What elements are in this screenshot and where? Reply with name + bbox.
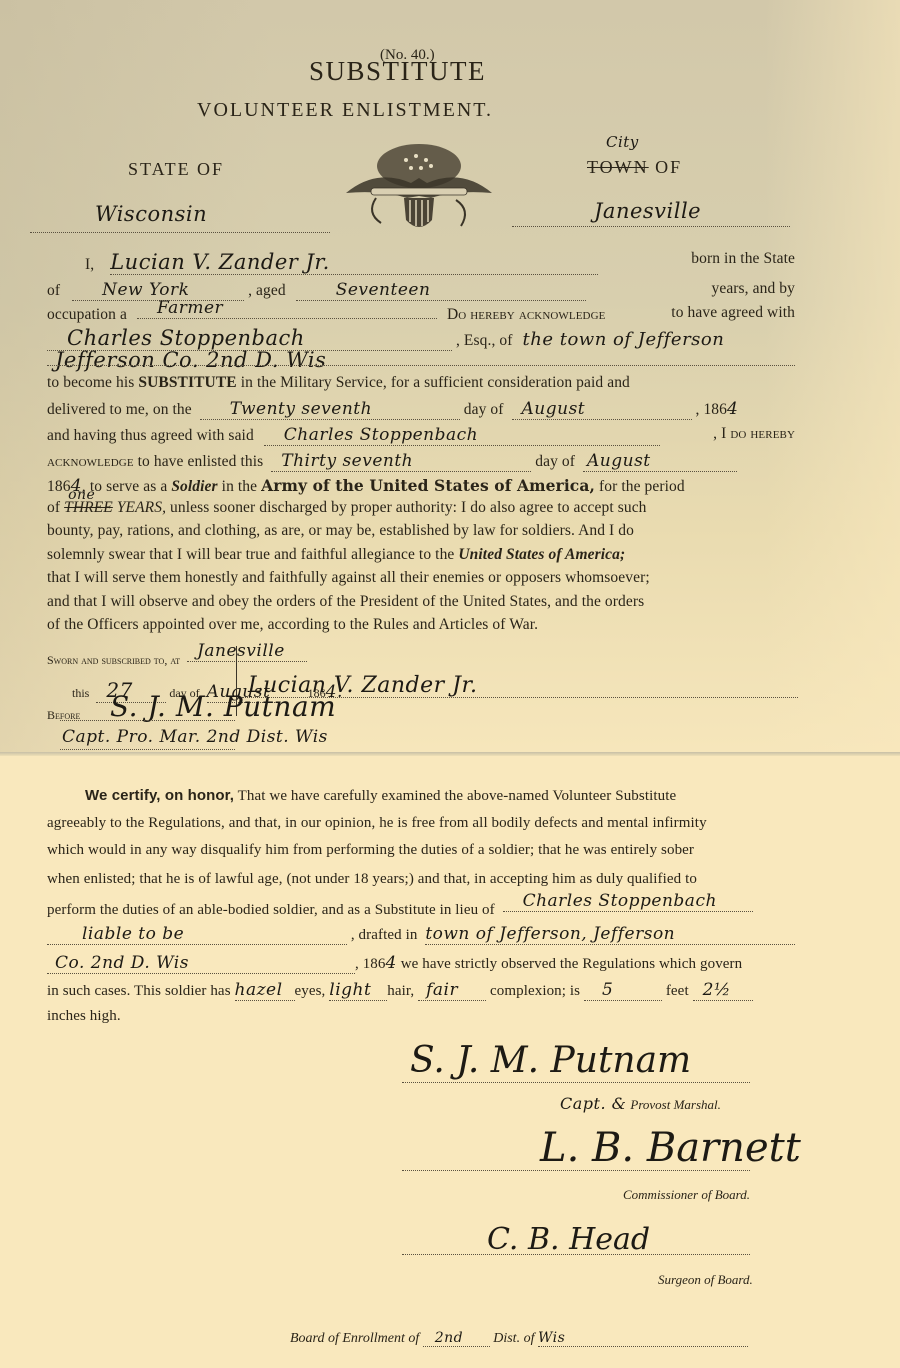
enlistment-line-3: occupation a Farmer Do hereby acknowledg…	[47, 304, 795, 325]
provost-signature-line	[402, 1082, 750, 1083]
delivered-month-field: August	[512, 399, 692, 420]
complexion-field: fair	[418, 980, 486, 1001]
certify-line-4: when enlisted; that he is of lawful age,…	[47, 871, 795, 888]
delivered-label: delivered to me, on the	[47, 401, 192, 418]
feet-field: 5	[584, 980, 662, 1001]
bounty-line: bounty, pay, rations, and clothing, as a…	[47, 522, 795, 540]
acknowledge-label: Do hereby acknowledge	[447, 306, 606, 323]
sworn-line: Sworn and subscribed to, at Janesville	[47, 649, 307, 670]
sworn-place-field: Janesville	[187, 641, 307, 662]
document-title: SUBSTITUTE	[309, 56, 486, 87]
provost-role-block: Capt. & Provost Marshal.	[560, 1094, 721, 1114]
usa-bold: United States of America;	[458, 546, 625, 563]
board-footer: Board of Enrollment of 2nd Dist. of Wis	[290, 1330, 748, 1347]
certify-bold: We certify, on honor,	[85, 787, 234, 804]
substitute-bold: SUBSTITUTE	[138, 374, 236, 391]
drafted-label: , drafted in	[351, 927, 418, 943]
substitute-line: to become his SUBSTITUTE in the Military…	[47, 374, 795, 392]
certify-line1-text: That we have carefully examined the abov…	[238, 788, 677, 804]
delivered-line: delivered to me, on the Twenty seventh d…	[47, 399, 795, 420]
serve-in-the: in the	[222, 478, 257, 495]
town-of-label: TOWN OF	[587, 157, 682, 178]
enlisted-label: to have enlisted this	[138, 453, 264, 470]
regulations-line: Co. 2nd D. Wis, 1864 we have strictly ob…	[47, 953, 795, 974]
this-label: this	[72, 686, 89, 700]
officer-title-line	[60, 749, 235, 750]
principal-residence-line-2: Jefferson Co. 2nd D. Wis	[55, 348, 326, 372]
footer-state-field: Wis	[538, 1330, 748, 1347]
town-of-suffix: OF	[655, 157, 682, 177]
document-subtitle: VOLUNTEER ENLISTMENT.	[197, 99, 493, 122]
commissioner-signature: L. B. Barnett	[540, 1125, 801, 1171]
soldier-bold: Soldier	[171, 478, 217, 495]
agreed-with-label: to have agreed with	[671, 304, 795, 322]
officer-title: Capt. Pro. Mar. 2nd Dist. Wis	[62, 727, 328, 747]
description-line: in such cases. This soldier has hazeleye…	[47, 980, 795, 1001]
town-label-struck: TOWN	[587, 157, 649, 177]
state-fill-line	[30, 232, 330, 233]
swear-line: solemnly swear that I will bear true and…	[47, 546, 795, 564]
delivered-day-field: Twenty seventh	[200, 399, 460, 420]
agreed-line: and having thus agreed with said Charles…	[47, 425, 795, 446]
soldier-has-label: in such cases. This soldier has	[47, 983, 231, 999]
feet-label: feet	[666, 983, 689, 999]
residence-fill-line	[47, 365, 795, 366]
period-correction: one	[68, 487, 95, 503]
town-correction-handwritten: City	[606, 133, 639, 151]
swear-pre: solemnly swear that I will bear true and…	[47, 546, 454, 563]
lieu-of-name-field: Charles Stoppenbach	[503, 891, 753, 912]
period-post: unless sooner discharged by proper autho…	[170, 499, 646, 516]
surgeon-signature-line	[402, 1254, 750, 1255]
serve-post: for the period	[599, 478, 685, 495]
period-line: of THREE one YEARS, unless sooner discha…	[47, 499, 795, 517]
drafted-place-2-field: Co. 2nd D. Wis	[47, 953, 355, 974]
page-fold-divider	[0, 752, 900, 756]
complexion-label: complexion; is	[490, 983, 580, 999]
provost-signature: S. J. M. Putnam	[410, 1040, 691, 1081]
inches-high-label: inches high.	[47, 1008, 795, 1025]
of-label: of	[47, 282, 60, 299]
occupation-field: Farmer	[137, 298, 437, 319]
state-of-label: STATE OF	[128, 159, 224, 180]
regulations-post: we have strictly observed the Regulation…	[401, 956, 743, 972]
serve-line: 1864, to serve as a Soldier in the Army …	[47, 476, 795, 496]
sworn-label: Sworn and subscribed to, at	[47, 653, 180, 667]
enlisted-day-field: Thirty seventh	[271, 451, 531, 472]
occupation-label: occupation a	[47, 306, 127, 323]
recruit-name-field: Lucian V. Zander Jr.	[110, 250, 598, 275]
aged-label: , aged	[248, 282, 286, 299]
provost-role: Provost Marshal.	[630, 1097, 721, 1112]
commissioner-signature-line	[402, 1170, 750, 1171]
principal-residence-field: the town of Jefferson	[523, 329, 725, 350]
substitute-post: in the Military Service, for a sufficien…	[241, 374, 630, 391]
eyes-field: hazel	[235, 980, 295, 1001]
officer-signature-line	[60, 720, 235, 721]
year-prefix: , 186	[696, 401, 728, 418]
enlisted-line: acknowledge to have enlisted this Thirty…	[47, 451, 795, 472]
state-value: Wisconsin	[95, 202, 207, 226]
agreed-name-field: Charles Stoppenbach	[264, 425, 660, 446]
liable-field: liable to be	[47, 924, 347, 945]
enlisted-month-field: August	[583, 451, 737, 472]
serve-honestly-line: that I will serve them honestly and fait…	[47, 569, 795, 587]
commissioner-role: Commissioner of Board.	[623, 1187, 750, 1203]
eagle-emblem-icon	[336, 138, 502, 240]
cert-year-prefix: , 186	[355, 956, 386, 972]
surgeon-signature: C. B. Head	[487, 1222, 650, 1257]
board-label: Board of Enrollment of	[290, 1331, 419, 1346]
certify-line-5: perform the duties of an able-bodied sol…	[47, 899, 795, 920]
certify-line-1: We certify, on honor, That we have caref…	[47, 787, 795, 805]
day-of-label: day of	[464, 401, 504, 418]
cert-year-digit: 4	[386, 953, 397, 973]
agreed-label: and having thus agreed with said	[47, 427, 254, 444]
acknowledge-enlisted-label: acknowledge	[47, 453, 134, 470]
years-label: years, and by	[711, 280, 795, 298]
enlisted-day-of-label: day of	[535, 453, 575, 470]
period-years: YEARS,	[117, 499, 166, 516]
drafted-line: liable to be , drafted in town of Jeffer…	[47, 924, 795, 945]
provost-prefix: Capt. &	[560, 1094, 626, 1113]
esq-label: , Esq., of	[456, 332, 513, 349]
drafted-place-field: town of Jefferson, Jefferson	[425, 924, 795, 945]
substitute-pre: to become his	[47, 374, 134, 391]
city-fill-line	[512, 226, 790, 227]
year-digit: 4	[727, 399, 738, 419]
district-field: 2nd	[423, 1330, 490, 1347]
period-of: of	[47, 499, 60, 516]
officer-signature: S. J. M. Putnam	[110, 690, 336, 723]
certify-line-2: agreeably to the Regulations, and that, …	[47, 815, 795, 832]
hair-label: hair,	[387, 983, 414, 999]
dist-label: Dist. of	[493, 1331, 534, 1346]
surgeon-role: Surgeon of Board.	[658, 1272, 753, 1288]
i-do-hereby-label: , I do hereby	[713, 425, 795, 443]
hair-field: light	[329, 980, 387, 1001]
certify-line-3: which would in any way disqualify him fr…	[47, 842, 795, 859]
enlistment-line-1: I, Lucian V. Zander Jr. born in the Stat…	[47, 250, 795, 275]
born-label: born in the State	[691, 250, 795, 268]
city-value: Janesville	[594, 199, 701, 223]
lieu-of-label: perform the duties of an able-bodied sol…	[47, 902, 495, 918]
eyes-label: eyes,	[295, 983, 326, 999]
enlisted-year-prefix: 186	[47, 478, 71, 495]
army-blackletter: Army of the United States of America,	[261, 476, 595, 495]
inches-field: 2½	[693, 980, 753, 1001]
officers-line: of the Officers appointed over me, accor…	[47, 616, 795, 634]
i-label: I,	[85, 256, 94, 273]
obey-line: and that I will observe and obey the ord…	[47, 593, 795, 611]
